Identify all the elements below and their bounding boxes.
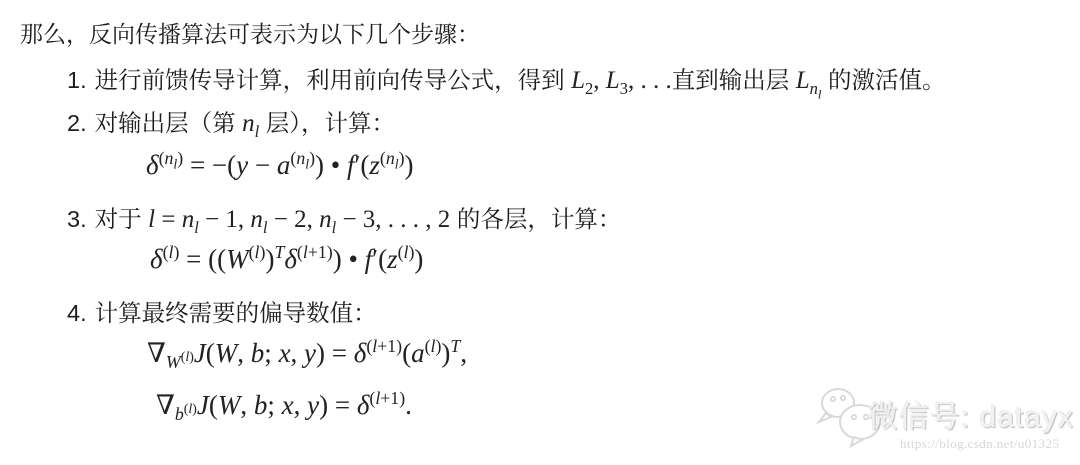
step-3-number: 3. xyxy=(67,206,87,232)
step-2: 2.对输出层（第 nl 层），计算： xyxy=(67,107,395,141)
step-4-number: 4. xyxy=(67,300,87,326)
step-1: 1.进行前馈传导计算，利用前向传导公式，得到 L2, L3, . . .直到输出… xyxy=(67,64,946,98)
step-1-inline-math-a: L2, L3, . . . xyxy=(571,67,672,94)
intro-paragraph: 那么，反向传播算法可表示为以下几个步骤： xyxy=(20,16,480,49)
formula-gradient-w: ∇W(l)J(W, b; x, y) = δ(l+1)(a(l))T, xyxy=(147,335,467,373)
csdn-url-watermark: https://blog.csdn.net/u01325 xyxy=(900,436,1059,452)
step-3-text-b: 的各层，计算： xyxy=(450,206,621,232)
article-page: 那么，反向传播算法可表示为以下几个步骤： 1.进行前馈传导计算，利用前向传导公式… xyxy=(0,0,1080,465)
step-2-number: 2. xyxy=(67,110,87,136)
step-4-text: 计算最终需要的偏导数值： xyxy=(95,300,377,326)
wechat-id-label: 微信号: datayx xyxy=(868,392,1074,436)
step-2-inline-math: nl xyxy=(242,110,259,137)
step-3: 3.对于 l = nl − 1, nl − 2, nl − 3, . . . ,… xyxy=(67,203,621,237)
step-3-inline-math: l = nl − 1, nl − 2, nl − 3, . . . , 2 xyxy=(148,206,450,233)
step-1-number: 1. xyxy=(67,67,87,93)
step-4: 4.计算最终需要的偏导数值： xyxy=(67,298,377,330)
step-1-text-b: 直到输出层 xyxy=(672,67,796,93)
step-1-inline-math-b: Lnl xyxy=(796,67,822,94)
step-1-text-a: 进行前馈传导计算，利用前向传导公式，得到 xyxy=(95,67,572,93)
step-2-text-a: 对输出层（第 xyxy=(95,110,243,136)
step-3-text-a: 对于 xyxy=(95,206,149,232)
formula-hidden-delta: δ(l) = ((W(l))Tδ(l+1)) • f′(z(l)) xyxy=(150,241,423,279)
step-1-text-c: 的激活值。 xyxy=(821,67,945,93)
formula-output-delta: δ(nl) = −(y − a(nl)) • f′(z(nl)) xyxy=(146,147,414,185)
step-2-text-b: 层），计算： xyxy=(259,110,395,136)
formula-gradient-b: ∇b(l)J(W, b; x, y) = δ(l+1). xyxy=(156,387,412,425)
